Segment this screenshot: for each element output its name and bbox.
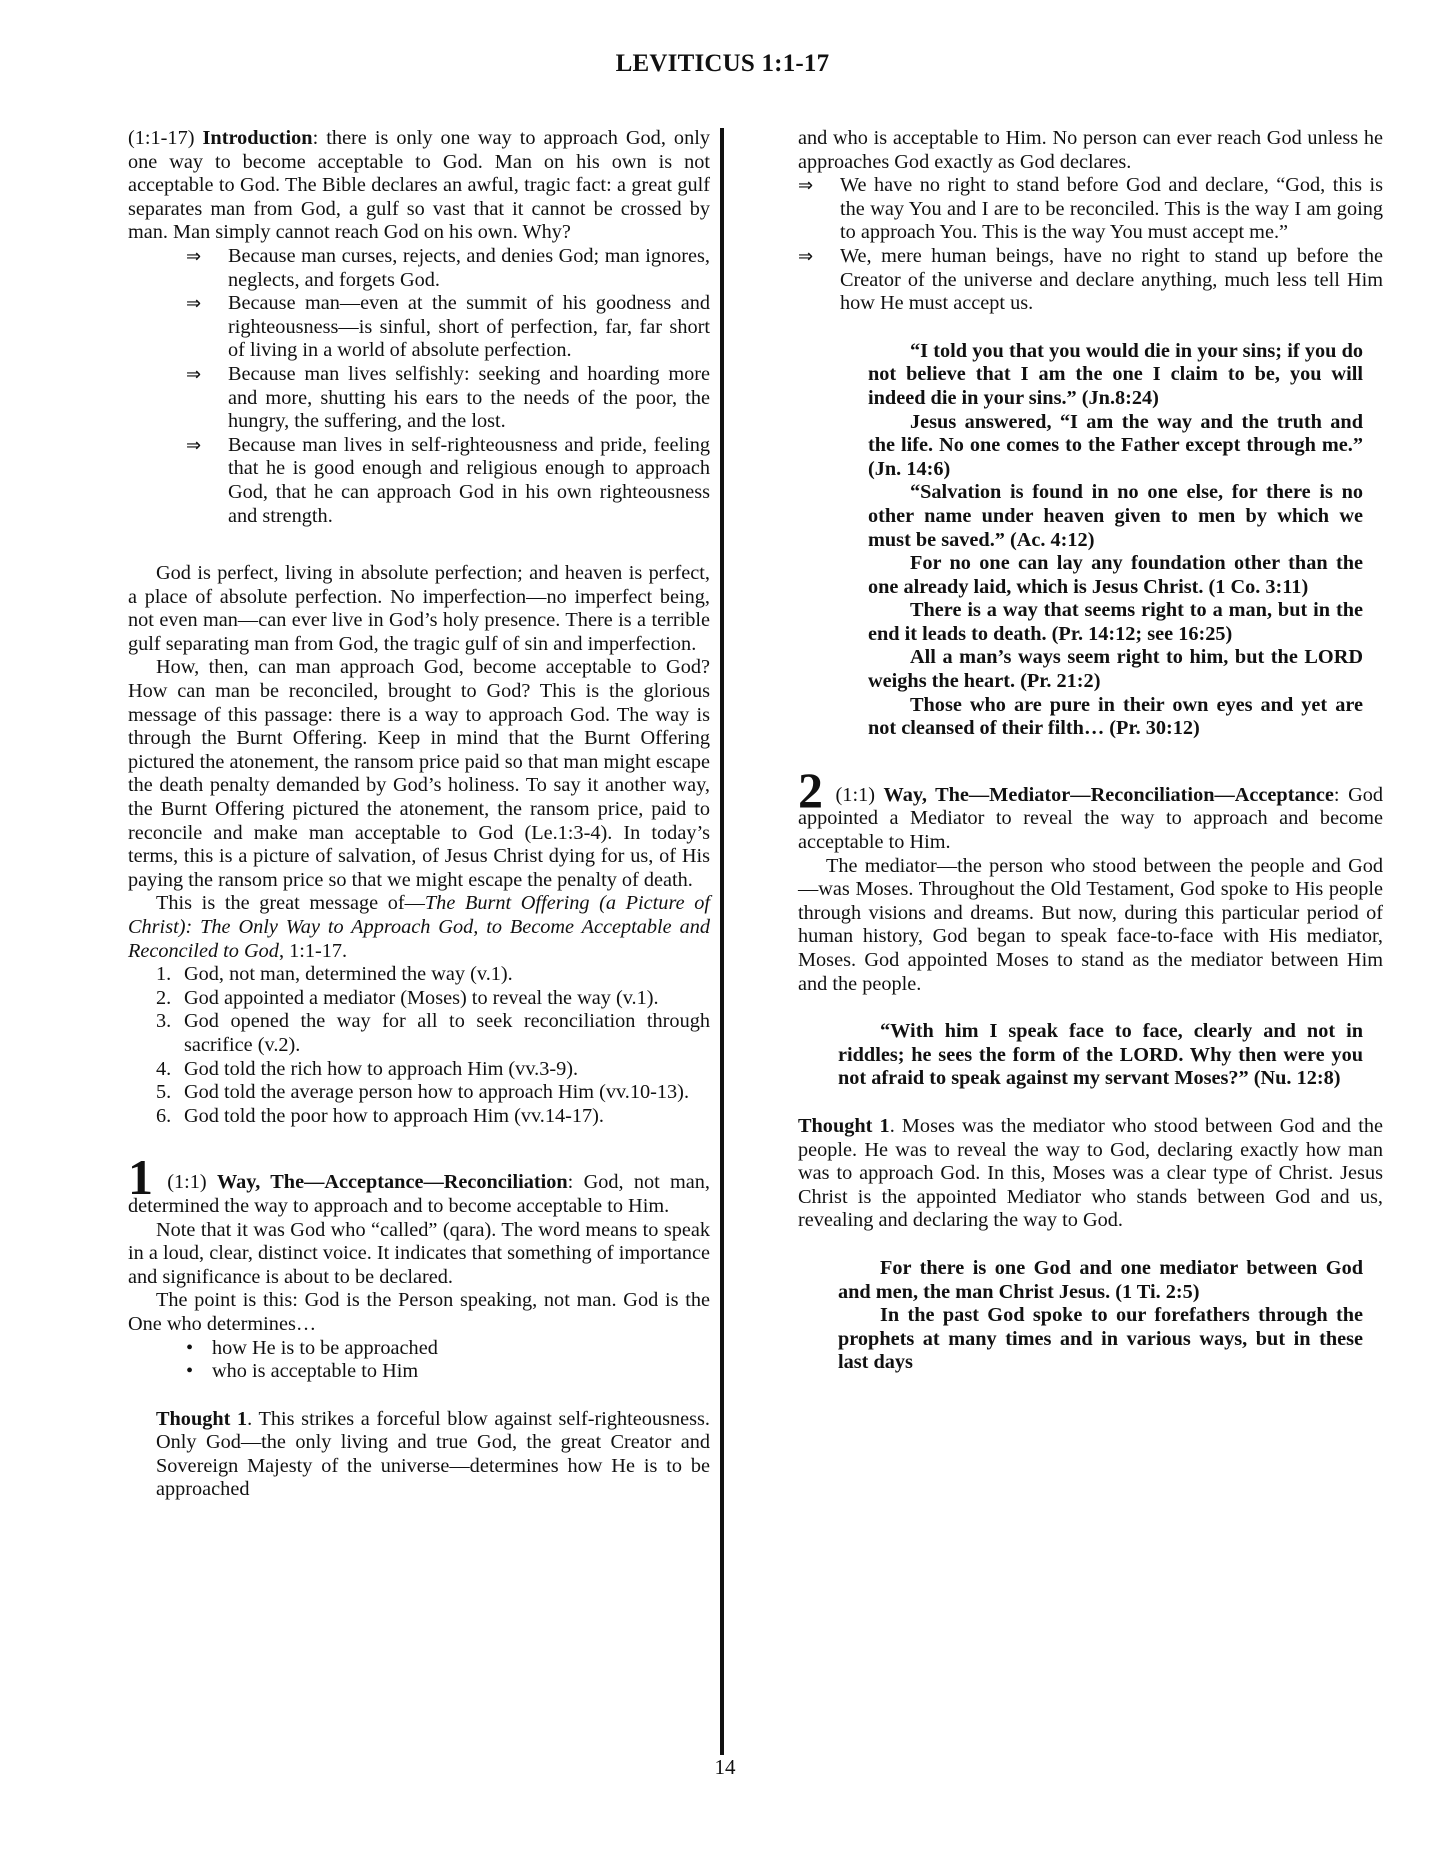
scripture-quote: All a man’s ways seem right to him, but … bbox=[868, 646, 1363, 693]
list-item: ⇒Because man lives in self-righteousness… bbox=[186, 434, 710, 528]
thought-1: Thought 1. This strikes a forceful blow … bbox=[156, 1408, 710, 1502]
scripture-block-1: “I told you that you would die in your s… bbox=[868, 340, 1363, 741]
scripture-quote: Jesus answered, “I am the way and the tr… bbox=[868, 411, 1363, 482]
section-title: Way, The—Acceptance—Reconciliation bbox=[217, 1171, 568, 1193]
scripture-quote: “With him I speak face to face, clearly … bbox=[838, 1020, 1363, 1091]
thought-1: Thought 1. Moses was the mediator who st… bbox=[798, 1115, 1383, 1233]
bullet-icon: • bbox=[186, 1337, 193, 1361]
thought-label: Thought 1 bbox=[156, 1408, 247, 1430]
scripture-quote: There is a way that seems right to a man… bbox=[868, 599, 1363, 646]
outline-item: 2.God appointed a mediator (Moses) to re… bbox=[156, 987, 710, 1011]
list-item: ⇒We, mere human beings, have no right to… bbox=[798, 245, 1383, 316]
right-column: and who is acceptable to Him. No person … bbox=[798, 127, 1383, 1375]
scripture-quote: “Salvation is found in no one else, for … bbox=[868, 481, 1363, 552]
determines-list: •how He is to be approached •who is acce… bbox=[186, 1337, 710, 1384]
list-item: ⇒Because man lives selfishly: seeking an… bbox=[186, 363, 710, 434]
perfect-paragraph: God is perfect, living in absolute perfe… bbox=[128, 562, 710, 656]
outline-item: 6.God told the poor how to approach Him … bbox=[156, 1105, 710, 1129]
thought-label: Thought 1 bbox=[798, 1115, 890, 1137]
scripture-quote: For no one can lay any foundation other … bbox=[868, 552, 1363, 599]
double-arrow-icon: ⇒ bbox=[186, 434, 201, 458]
intro-label: Introduction bbox=[203, 127, 313, 149]
no-right-list: ⇒We have no right to stand before God an… bbox=[798, 174, 1383, 316]
section-1-heading: 1 (1:1) Way, The—Acceptance—Reconciliati… bbox=[128, 1162, 710, 1218]
intro-paragraph: (1:1-17) Introduction: there is only one… bbox=[128, 127, 710, 245]
intro-ref: (1:1-17) bbox=[128, 127, 194, 149]
how-paragraph: How, then, can man approach God, become … bbox=[128, 656, 710, 892]
bullet-icon: • bbox=[186, 1360, 193, 1384]
outline-item: 1.God, not man, determined the way (v.1)… bbox=[156, 963, 710, 987]
continuation-paragraph: and who is acceptable to Him. No person … bbox=[798, 127, 1383, 174]
outline-item: 4.God told the rich how to approach Him … bbox=[156, 1058, 710, 1082]
double-arrow-icon: ⇒ bbox=[798, 174, 813, 198]
list-item: •how He is to be approached bbox=[186, 1337, 710, 1361]
scripture-quote: Those who are pure in their own eyes and… bbox=[868, 694, 1363, 741]
double-arrow-icon: ⇒ bbox=[186, 292, 201, 316]
page-title: LEVITICUS 1:1-17 bbox=[0, 50, 1445, 78]
left-column: (1:1-17) Introduction: there is only one… bbox=[128, 127, 710, 1502]
outline-item: 3.God opened the way for all to seek rec… bbox=[156, 1010, 710, 1057]
outline-item: 5.God told the average person how to app… bbox=[156, 1081, 710, 1105]
message-paragraph: This is the great message of—The Burnt O… bbox=[128, 892, 710, 963]
why-list: ⇒Because man curses, rejects, and denies… bbox=[186, 245, 710, 528]
scripture-quote: “I told you that you would die in your s… bbox=[868, 340, 1363, 411]
list-item: •who is acceptable to Him bbox=[186, 1360, 710, 1384]
section-title: Way, The—Mediator—Reconciliation—Accepta… bbox=[884, 784, 1334, 806]
point-paragraph: The point is this: God is the Person spe… bbox=[128, 1289, 710, 1336]
page-number: 14 bbox=[690, 1755, 760, 1780]
mediator-paragraph: The mediator—the person who stood betwee… bbox=[798, 855, 1383, 997]
double-arrow-icon: ⇒ bbox=[798, 245, 813, 269]
list-item: ⇒Because man—even at the summit of his g… bbox=[186, 292, 710, 363]
scripture-quote: For there is one God and one mediator be… bbox=[838, 1257, 1363, 1304]
scripture-block-2: For there is one God and one mediator be… bbox=[838, 1257, 1363, 1375]
double-arrow-icon: ⇒ bbox=[186, 363, 201, 387]
section-2-heading: 2 (1:1) Way, The—Mediator—Reconciliation… bbox=[798, 775, 1383, 855]
outline-list: 1.God, not man, determined the way (v.1)… bbox=[156, 963, 710, 1128]
note-paragraph: Note that it was God who “called” (qara)… bbox=[128, 1219, 710, 1290]
scripture-quote: In the past God spoke to our forefathers… bbox=[838, 1304, 1363, 1375]
list-item: ⇒Because man curses, rejects, and denies… bbox=[186, 245, 710, 292]
double-arrow-icon: ⇒ bbox=[186, 245, 201, 269]
list-item: ⇒We have no right to stand before God an… bbox=[798, 174, 1383, 245]
column-divider bbox=[720, 128, 724, 1755]
scripture-block-moses: “With him I speak face to face, clearly … bbox=[838, 1020, 1363, 1091]
